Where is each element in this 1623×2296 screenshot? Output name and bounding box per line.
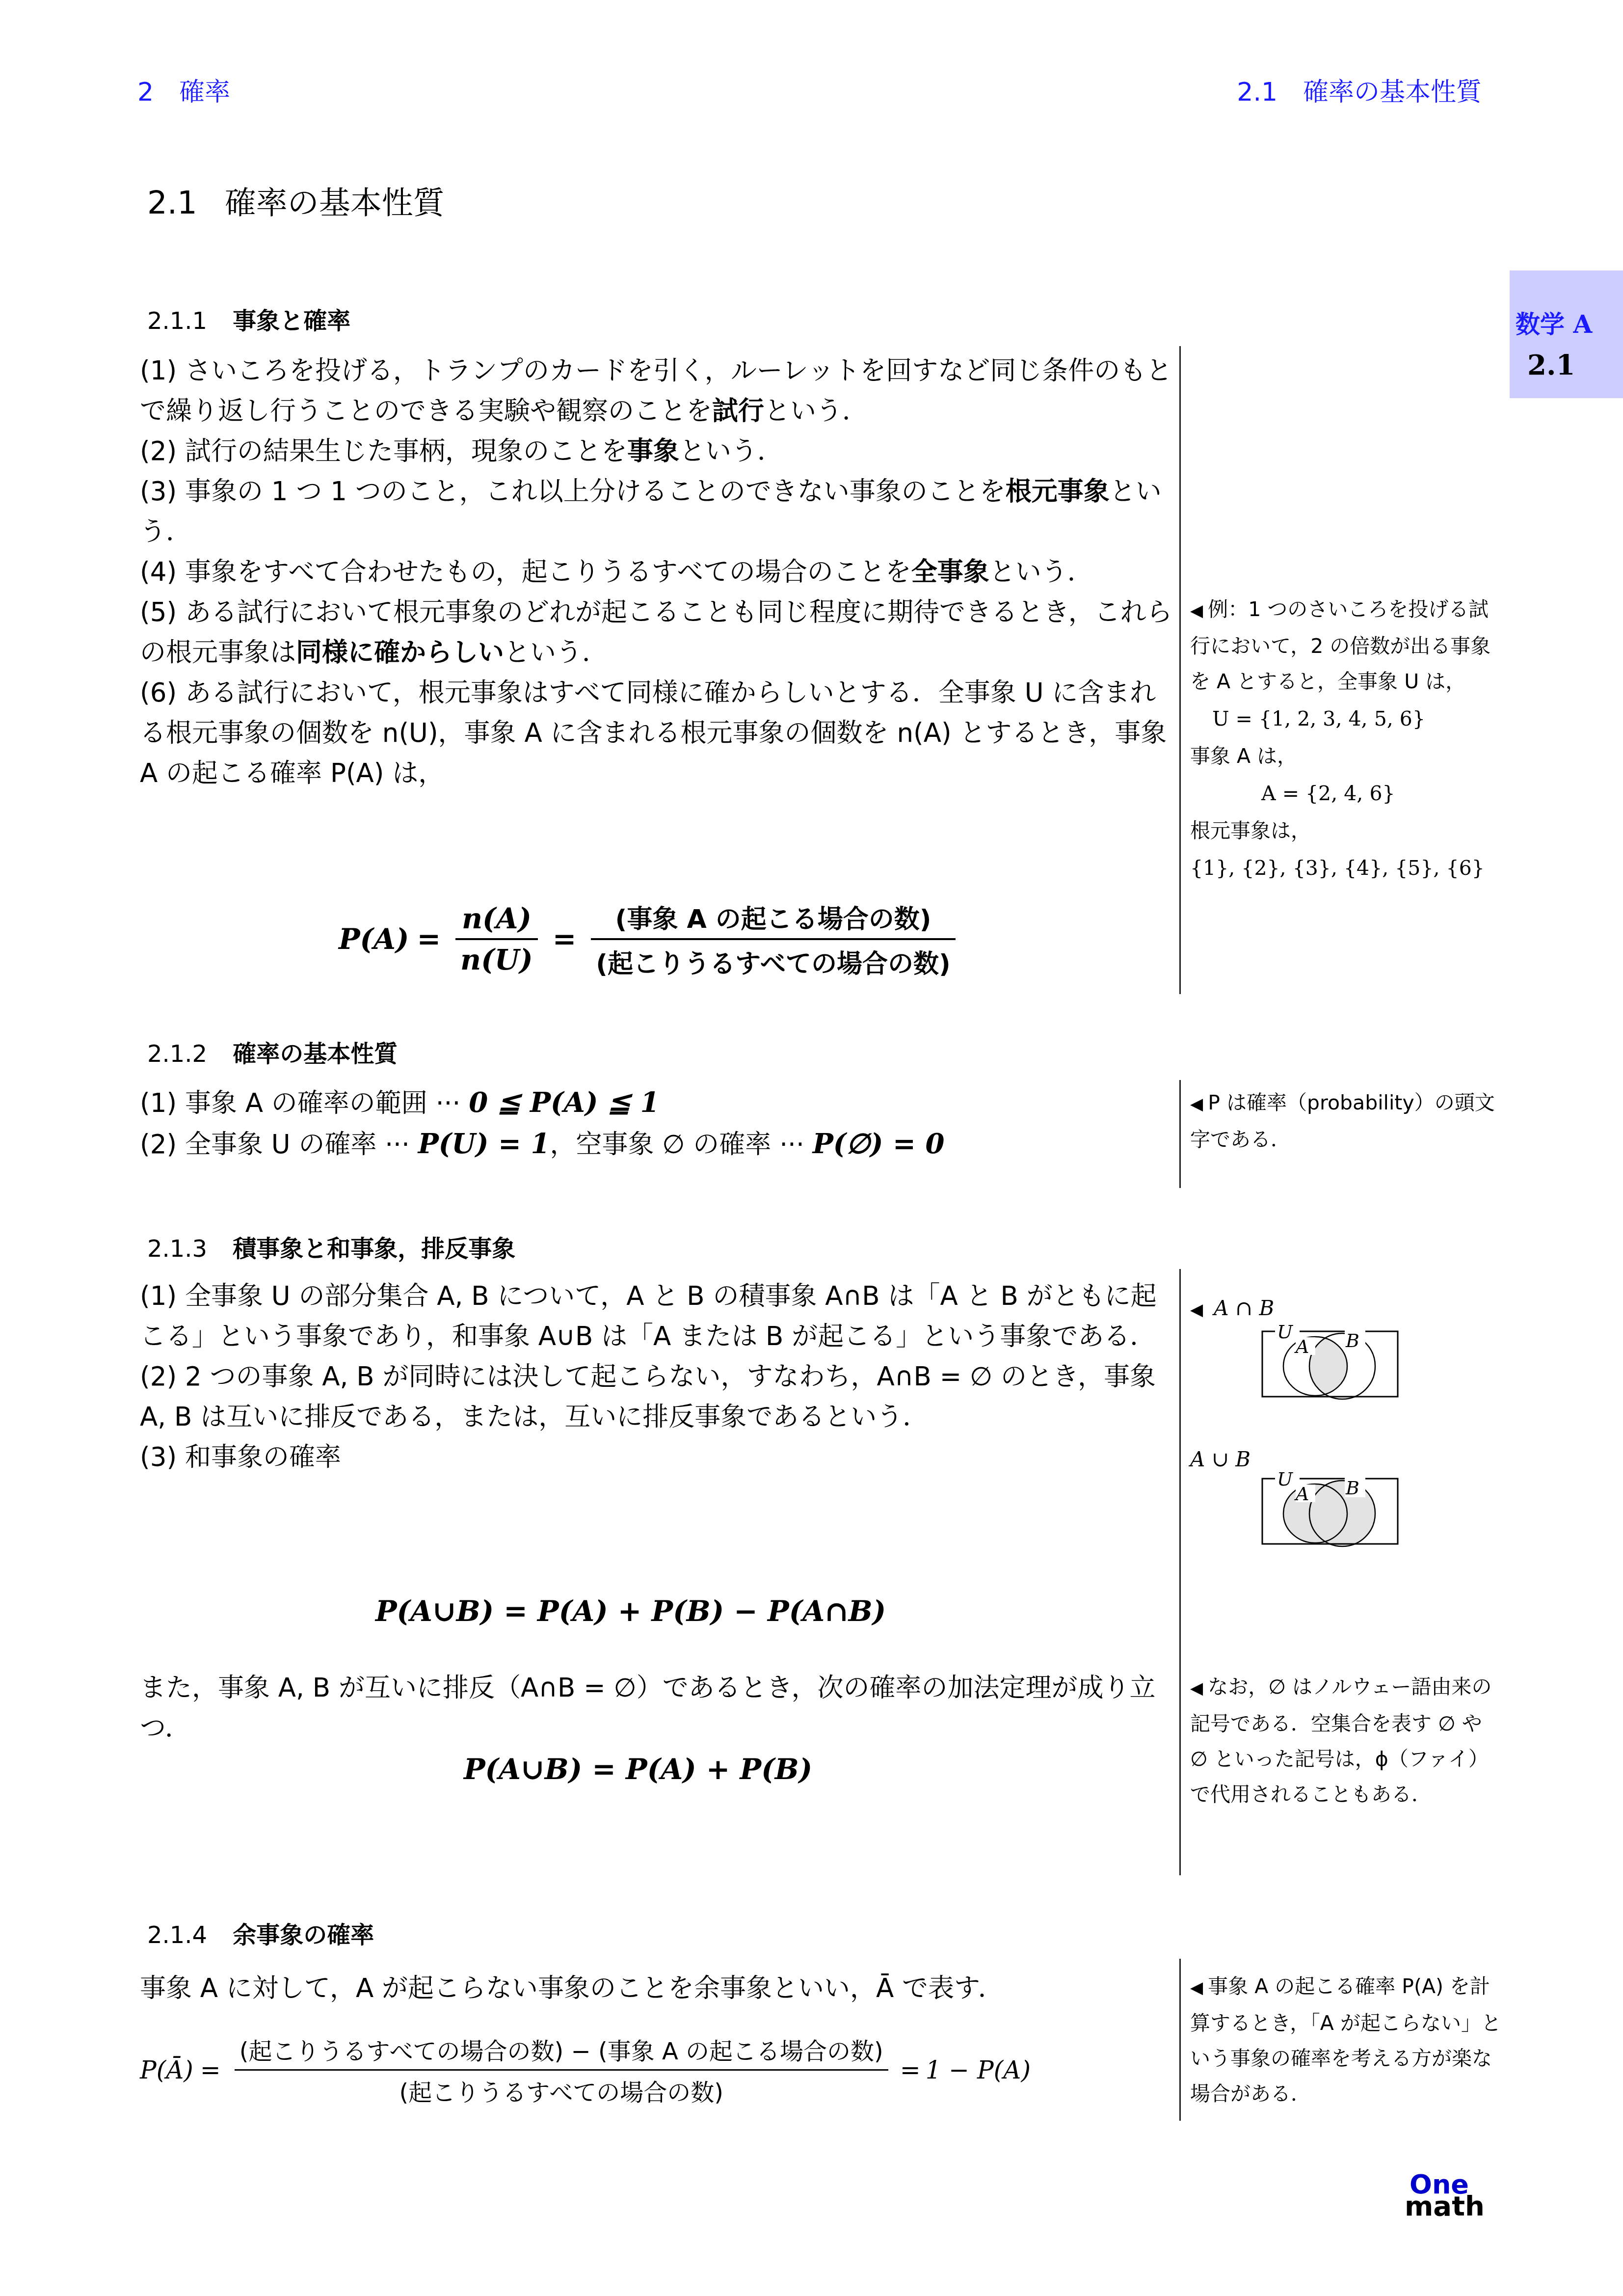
item-text: (2) 全事象 U の確率 ··· <box>140 1130 410 1160</box>
item-text: (1) 事象 A の確率の範囲 ··· <box>140 1088 460 1118</box>
definition-item: (4) 事象をすべて合わせたもの，起こりうるすべての場合のことを全事象という． <box>140 552 1175 593</box>
subsection-title-2-1-3: 2.1.3積事象と和事象，排反事象 <box>147 1230 515 1264</box>
margin-divider <box>1179 1080 1181 1188</box>
addition-theorem-formula: P(A∪B) = P(A) + P(B) <box>464 1753 812 1786</box>
key-term: 同様に確からしい <box>296 638 504 668</box>
margin-divider <box>1179 1269 1181 1875</box>
subsection-body-2-1-1: (1) さいころを投げる，トランプのカードを引く，ルーレットを回すなど同じ条件の… <box>140 351 1175 794</box>
venn-union-svg: U A B <box>1261 1473 1401 1556</box>
fraction: (事象 A の起こる場合の数) (起こりうるすべての場合の数) <box>591 898 956 980</box>
venn-caption: A ∩ B <box>1214 1296 1274 1320</box>
subsection-body-2-1-2: (1) 事象 A の確率の範囲 ··· 0 ≦ P(A) ≦ 1 (2) 全事象… <box>140 1082 1175 1165</box>
triangle-left-icon: ◀ <box>1190 601 1203 621</box>
definition-item: (2) 試行の結果生じた事柄，現象のことを事象という． <box>140 432 1175 472</box>
item-text: という． <box>504 638 608 668</box>
side-tab-section: 2.1 <box>1527 349 1575 381</box>
property-item: (2) 全事象 U の確率 ··· P(U) = 1，空事象 ∅ の確率 ···… <box>140 1124 1175 1165</box>
key-term: 事象 <box>627 436 679 466</box>
denominator: (起こりうるすべての場合の数) <box>591 943 956 980</box>
equals-sign: = <box>553 922 577 956</box>
note-text: P は確率（probability）の頭文字である． <box>1190 1091 1495 1151</box>
subsection-title-2-1-2: 2.1.2確率の基本性質 <box>147 1035 398 1069</box>
triangle-left-icon: ◀ <box>1190 1978 1203 1998</box>
item-text: (2) 試行の結果生じた事柄，現象のことを <box>140 436 627 466</box>
margin-divider <box>1179 1959 1181 2121</box>
note-equation: U = {1, 2, 3, 4, 5, 6} <box>1190 701 1504 736</box>
subsection-title-text: 確率の基本性質 <box>233 1040 398 1068</box>
side-tab-subject: 数学 A <box>1516 305 1592 340</box>
subsection-title-2-1-4: 2.1.4余事象の確率 <box>147 1916 374 1950</box>
definition-item: (5) ある試行において根元事象のどれが起こることも同じ程度に期待できるとき，こ… <box>140 593 1175 673</box>
item-text: (1) さいころを投げる，トランプのカードを引く，ルーレットを回すなど同じ条件の… <box>140 356 1172 426</box>
venn-caption: A ∪ B <box>1190 1447 1251 1471</box>
set-u-label: U <box>1277 1468 1294 1490</box>
fraction: (起こりうるすべての場合の数) − (事象 A の起こる場合の数) (起こりうる… <box>235 2032 888 2107</box>
set-b-label: B <box>1345 1330 1359 1351</box>
denominator: (起こりうるすべての場合の数) <box>394 2074 728 2107</box>
running-header-chapter: 2 確率 <box>137 71 230 108</box>
triangle-left-icon: ◀ <box>1190 1094 1203 1114</box>
venn-label-intersection: ◀A ∩ B <box>1190 1296 1274 1320</box>
note-equation: {1}, {2}, {3}, {4}, {5}, {6} <box>1190 850 1504 886</box>
formula-lhs: P(Ā) <box>140 2056 193 2084</box>
item-text: (4) 事象をすべて合わせたもの，起こりうるすべての場合のことを <box>140 557 911 587</box>
running-header-section: 2.1 確率の基本性質 <box>1237 71 1482 108</box>
addition-theorem-paragraph: また，事象 A, B が互いに排反（A∩B = ∅）であるとき，次の確率の加法定… <box>140 1668 1175 1749</box>
fraction: n(A) n(U) <box>455 902 538 976</box>
item-text: という． <box>764 396 868 426</box>
item-text: ，空事象 ∅ の確率 ··· <box>550 1130 804 1160</box>
numerator: (起こりうるすべての場合の数) − (事象 A の起こる場合の数) <box>235 2032 888 2066</box>
note-text: なお，∅ はノルウェー語由来の記号である．空集合を表す ∅ や ∅ といった記号… <box>1190 1675 1492 1806</box>
set-b-label: B <box>1345 1477 1359 1499</box>
item-text: (5) ある試行において根元事象のどれが起こることも同じ程度に期待できるとき，こ… <box>140 597 1172 668</box>
fraction-bar <box>455 938 538 940</box>
subsection-title-2-1-1: 2.1.1事象と確率 <box>147 302 350 336</box>
definition-item: (3) 事象の 1 つ 1 つのこと，これ以上分けることのできない事象のことを根… <box>140 472 1175 552</box>
item-text: という． <box>679 436 783 466</box>
note-text: 例：1 つのさいころを投げる試行において，2 の倍数が出る事象を A とすると，… <box>1190 597 1490 693</box>
key-term: 根元事象 <box>1006 477 1110 507</box>
definition-item: (6) ある試行において，根元事象はすべて同様に確からしいとする．全事象 U に… <box>140 673 1175 794</box>
complement-formula: P(Ā) = (起こりうるすべての場合の数) − (事象 A の起こる場合の数)… <box>140 2032 1031 2107</box>
formula-rhs: 1 − P(A) <box>926 2056 1031 2084</box>
subsection-title-text: 事象と確率 <box>233 307 350 335</box>
subsection-number: 2.1.1 <box>147 307 207 335</box>
item-text: (3) 事象の 1 つ 1 つのこと，これ以上分けることのできない事象のことを <box>140 477 1006 507</box>
definition-item: (1) さいころを投げる，トランプのカードを引く，ルーレットを回すなど同じ条件の… <box>140 351 1175 432</box>
venn-diagram-union: U A B <box>1261 1473 1401 1556</box>
set-a-label: A <box>1294 1483 1309 1505</box>
note-equation: A = {2, 4, 6} <box>1190 776 1504 811</box>
probability-formula: P(A) = n(A) n(U) = (事象 A の起こる場合の数) (起こりう… <box>339 898 962 980</box>
margin-note-probability: ◀P は確率（probability）の頭文字である． <box>1190 1085 1504 1157</box>
margin-note-example: ◀例：1 つのさいころを投げる試行において，2 の倍数が出る事象を A とすると… <box>1190 592 1504 886</box>
item-math: 0 ≦ P(A) ≦ 1 <box>469 1086 659 1119</box>
formula-lhs: P(A) <box>339 922 409 956</box>
set-a-label: A <box>1294 1336 1309 1357</box>
logo-bottom-text: math <box>1405 2190 1485 2222</box>
definition-item: (3) 和事象の確率 <box>140 1437 1175 1478</box>
chapter-side-tab: 数学 A 2.1 <box>1510 270 1623 398</box>
subsection-number: 2.1.4 <box>147 1921 207 1949</box>
venn-label-union: A ∪ B <box>1190 1447 1251 1471</box>
denominator: n(U) <box>455 943 538 976</box>
item-text: という． <box>989 557 1093 587</box>
onemath-logo: One math <box>1405 2169 1473 2223</box>
fraction-bar <box>591 938 956 940</box>
margin-divider <box>1179 346 1181 994</box>
equals-sign: = <box>200 2056 221 2084</box>
key-term: 全事象 <box>911 557 989 587</box>
set-u-label: U <box>1277 1321 1294 1343</box>
section-title: 2.1確率の基本性質 <box>147 178 445 223</box>
note-text: 事象 A の起こる確率 P(A) を計算するとき，「A が起こらない」という事象… <box>1190 1974 1501 2106</box>
fraction-bar <box>235 2069 888 2071</box>
definition-item: (2) 2 つの事象 A, B が同時には決して起こらない，すなわち，A∩B =… <box>140 1357 1175 1437</box>
union-probability-formula: P(A∪B) = P(A) + P(B) − P(A∩B) <box>375 1594 886 1628</box>
triangle-left-icon: ◀ <box>1190 1300 1203 1320</box>
subsection-number: 2.1.3 <box>147 1235 207 1263</box>
key-term: 試行 <box>712 396 764 426</box>
subsection-title-text: 余事象の確率 <box>233 1921 374 1949</box>
subsection-number: 2.1.2 <box>147 1040 207 1068</box>
property-item: (1) 事象 A の確率の範囲 ··· 0 ≦ P(A) ≦ 1 <box>140 1082 1175 1124</box>
triangle-left-icon: ◀ <box>1190 1678 1203 1698</box>
complement-definition: 事象 A に対して，A が起こらない事象のことを余事象といい，Ā で表す． <box>140 1969 1175 2009</box>
section-title-text: 確率の基本性質 <box>225 185 445 221</box>
note-text: 根元事象は， <box>1190 813 1504 848</box>
note-text: 事象 A は， <box>1190 738 1504 774</box>
subsection-title-text: 積事象と和事象，排反事象 <box>233 1235 515 1263</box>
equals-sign: = <box>417 922 441 956</box>
equals-sign: = <box>900 2056 921 2084</box>
definition-item: (1) 全事象 U の部分集合 A, B について，A と B の積事象 A∩B… <box>140 1276 1175 1357</box>
item-math: P(∅) = 0 <box>813 1128 945 1160</box>
numerator: n(A) <box>457 902 536 935</box>
venn-diagram-intersection: U A B <box>1261 1325 1401 1409</box>
item-math: P(U) = 1 <box>418 1128 550 1160</box>
venn-intersection-svg: U A B <box>1261 1325 1401 1409</box>
numerator: (事象 A の起こる場合の数) <box>611 898 936 935</box>
subsection-body-2-1-3: (1) 全事象 U の部分集合 A, B について，A と B の積事象 A∩B… <box>140 1276 1175 1478</box>
margin-note-empty-set: ◀なお，∅ はノルウェー語由来の記号である．空集合を表す ∅ や ∅ といった記… <box>1190 1669 1504 1812</box>
margin-note-complement: ◀事象 A の起こる確率 P(A) を計算するとき，「A が起こらない」という事… <box>1190 1969 1504 2111</box>
section-number: 2.1 <box>147 185 197 221</box>
